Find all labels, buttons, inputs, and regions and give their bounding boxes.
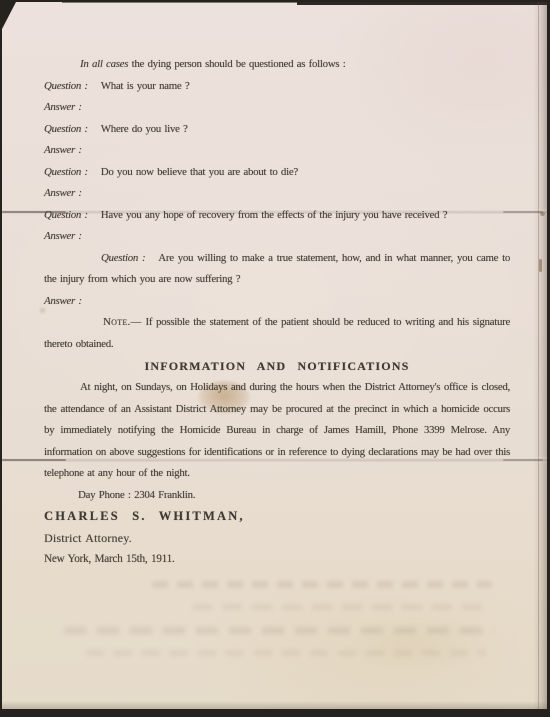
day-phone-line: Day Phone : 2304 Franklin. [44,485,510,507]
question-label: Question : [44,123,88,135]
question-text: Do you now believe that you are about to… [101,166,298,178]
question-line: Question :What is your name ? [44,76,510,98]
bleed-through-text [64,627,494,634]
intro-lead-italic: In all cases [80,58,128,70]
answer-label: Answer : [44,187,82,199]
bleed-through-text [86,650,486,656]
paper-right-shadow [533,2,547,709]
scanned-paper-sheet: In all cases the dying person should be … [2,2,547,709]
question-text: What is your name ? [101,80,190,92]
paper-speck [540,212,545,216]
answer-line: Answer : [44,140,510,162]
answer-label: Answer : [44,144,82,156]
note-paragraph: Note.— If possible the statement of the … [44,312,510,355]
question-line: Question :Do you now believe that you ar… [44,162,510,184]
answer-line: Answer : [44,226,510,248]
question-paragraph: Question :Are you willing to make a true… [44,248,510,291]
scanner-top-edge [297,2,547,5]
scanner-top-hairline [62,2,302,3]
bleed-through-text [152,581,492,588]
answer-line: Answer : [44,97,510,119]
question-label: Question : [44,80,88,92]
intro-rest: the dying person should be questioned as… [128,58,345,70]
question-text: Where do you live ? [101,123,188,135]
signature-title: District Attorney. [44,528,510,550]
question-label: Question : [101,252,145,264]
section-heading: INFORMATION AND NOTIFICATIONS [44,355,510,377]
question-line: Question :Where do you live ? [44,119,510,141]
answer-label: Answer : [44,101,82,113]
answer-line: Answer : [44,291,510,313]
answer-label: Answer : [44,230,82,242]
dateline: New York, March 15th, 1911. [44,549,510,571]
document-text: In all cases the dying person should be … [44,54,510,571]
signature-name: CHARLES S. WHITMAN, [44,506,510,528]
paper-bottom-shadow [2,701,547,709]
question-line: Question :Have you any hope of recovery … [44,205,510,227]
intro-line: In all cases the dying person should be … [44,54,510,76]
bleed-through-text [192,604,492,610]
note-label: Note.— [103,316,142,328]
answer-label: Answer : [44,295,82,307]
question-text: Have you any hope of recovery from the e… [101,209,447,221]
paper-speck [539,259,542,272]
question-label: Question : [44,209,88,221]
faint-stain [352,617,482,672]
question-label: Question : [44,166,88,178]
answer-line: Answer : [44,183,510,205]
information-paragraph: At night, on Sundays, on Holidays and du… [44,377,510,485]
